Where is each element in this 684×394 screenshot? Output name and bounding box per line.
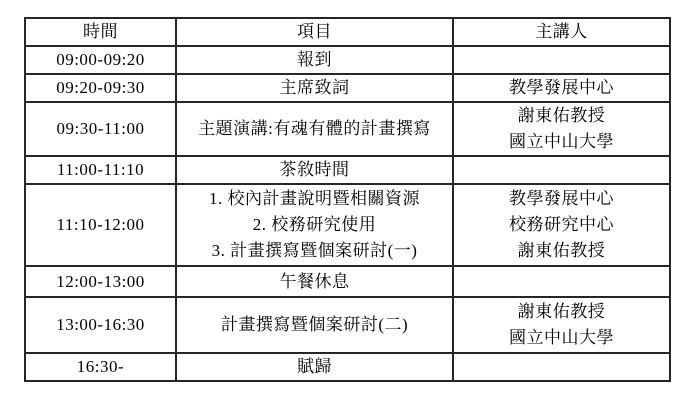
table-row: 11:10-12:001. 校內計畫說明暨相關資源2. 校務研究使用3. 計畫撰… [25,184,670,266]
speaker-line: 謝東佑教授 [454,299,669,325]
speaker-line: 謝東佑教授 [454,238,669,264]
speaker-cell [453,353,670,381]
speaker-line: 教學發展中心 [454,186,669,212]
speaker-cell: 教學發展中心 [453,74,670,102]
time-cell: 12:00-13:00 [25,266,176,297]
item-cell: 主席致詞 [176,74,453,102]
table-row: 09:20-09:30主席致詞教學發展中心 [25,74,670,102]
table-row: 09:30-11:00主題演講:有魂有體的計畫撰寫謝東佑教授國立中山大學 [25,102,670,156]
header-item: 項目 [176,18,453,46]
time-cell: 13:00-16:30 [25,297,176,353]
header-time: 時間 [25,18,176,46]
header-speaker: 主講人 [453,18,670,46]
item-cell: 午餐休息 [176,266,453,297]
time-cell: 16:30- [25,353,176,381]
speaker-cell: 謝東佑教授國立中山大學 [453,102,670,156]
table-row: 12:00-13:00午餐休息 [25,266,670,297]
agenda-table: 時間 項目 主講人 09:00-09:20報到09:20-09:30主席致詞教學… [24,17,671,382]
header-row: 時間 項目 主講人 [25,18,670,46]
time-cell: 11:10-12:00 [25,184,176,266]
time-cell: 09:20-09:30 [25,74,176,102]
table-row: 09:00-09:20報到 [25,46,670,74]
speaker-line: 校務研究中心 [454,212,669,238]
speaker-line: 謝東佑教授 [454,103,669,129]
time-cell: 09:30-11:00 [25,102,176,156]
time-cell: 11:00-11:10 [25,156,176,184]
item-cell: 計畫撰寫暨個案研討(二) [176,297,453,353]
item-line: 2. 校務研究使用 [177,212,452,238]
item-cell: 茶敘時間 [176,156,453,184]
table-row: 11:00-11:10茶敘時間 [25,156,670,184]
table-row: 16:30-賦歸 [25,353,670,381]
item-cell: 報到 [176,46,453,74]
agenda-body: 09:00-09:20報到09:20-09:30主席致詞教學發展中心09:30-… [25,46,670,381]
time-cell: 09:00-09:20 [25,46,176,74]
item-cell: 賦歸 [176,353,453,381]
speaker-line: 國立中山大學 [454,325,669,351]
item-line: 1. 校內計畫說明暨相關資源 [177,186,452,212]
speaker-cell: 謝東佑教授國立中山大學 [453,297,670,353]
speaker-line: 國立中山大學 [454,129,669,155]
speaker-cell [453,156,670,184]
item-cell: 1. 校內計畫說明暨相關資源2. 校務研究使用3. 計畫撰寫暨個案研討(一) [176,184,453,266]
speaker-cell [453,266,670,297]
speaker-cell [453,46,670,74]
item-cell: 主題演講:有魂有體的計畫撰寫 [176,102,453,156]
speaker-cell: 教學發展中心校務研究中心謝東佑教授 [453,184,670,266]
table-row: 13:00-16:30計畫撰寫暨個案研討(二)謝東佑教授國立中山大學 [25,297,670,353]
item-line: 3. 計畫撰寫暨個案研討(一) [177,238,452,264]
page: 時間 項目 主講人 09:00-09:20報到09:20-09:30主席致詞教學… [0,0,684,394]
